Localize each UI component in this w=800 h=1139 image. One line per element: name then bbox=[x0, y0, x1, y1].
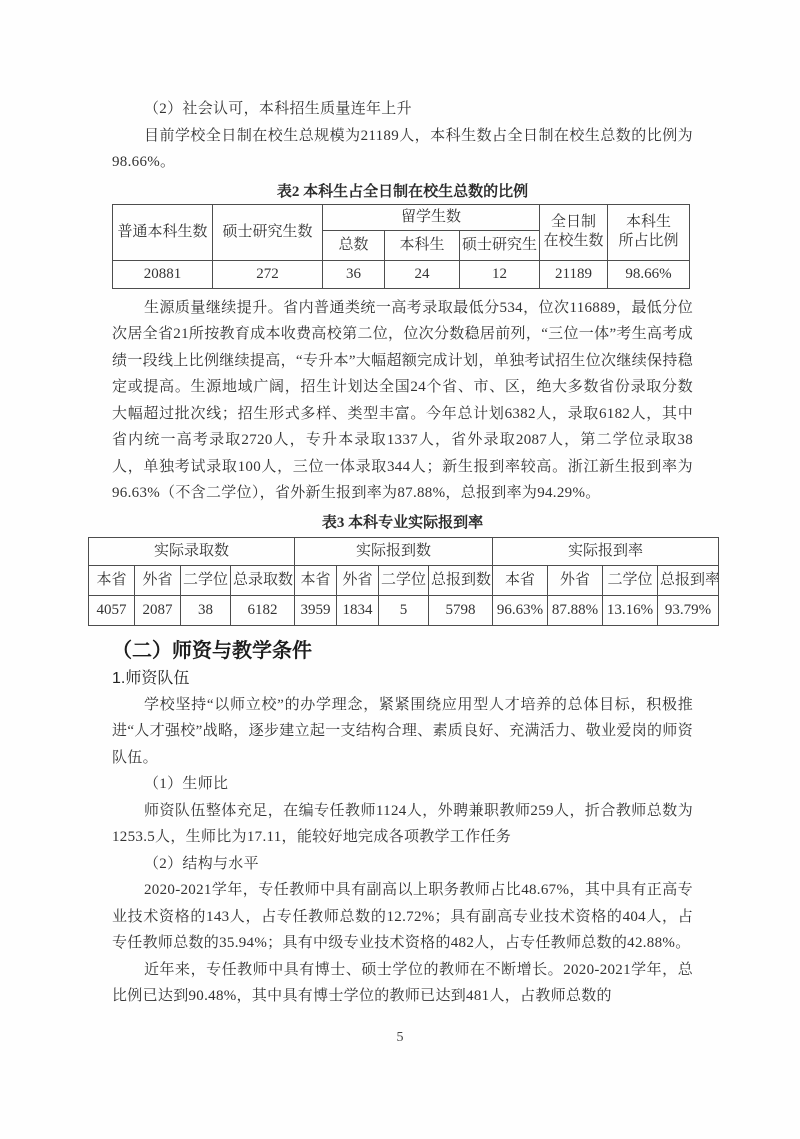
table2-header-intl-master: 硕士研究生 bbox=[460, 230, 540, 260]
table2-cell-regular-undergrad: 20881 bbox=[113, 260, 213, 288]
table3-subheader: 本省 bbox=[493, 565, 548, 595]
table3-subheader: 总报到数 bbox=[429, 565, 493, 595]
table3-subheader: 外省 bbox=[337, 565, 379, 595]
table3-cell: 3959 bbox=[295, 595, 337, 625]
table2-cell-intl-master: 12 bbox=[460, 260, 540, 288]
table3-cell: 96.63% bbox=[493, 595, 548, 625]
page-content: （2）社会认可，本科招生质量连年上升 目前学校全日制在校生总规模为21189人，… bbox=[112, 96, 693, 1010]
table2-header-ratio-line1: 本科生 bbox=[626, 214, 671, 230]
table3-actual-registration-rate: 实际录取数 实际报到数 实际报到率 本省 外省 二学位 总录取数 本省 外省 二… bbox=[88, 537, 719, 626]
para-ratio-heading: （1）生师比 bbox=[112, 771, 693, 798]
table3-group-rate: 实际报到率 bbox=[493, 537, 719, 565]
para-source-quality: 生源质量继续提升。省内普通类统一高考录取最低分534，位次116889，最低分位… bbox=[112, 295, 693, 507]
table3-cell: 38 bbox=[181, 595, 231, 625]
table2-header-intl-group: 留学生数 bbox=[323, 204, 540, 230]
para-structure-heading: （2）结构与水平 bbox=[112, 851, 693, 878]
table2-header-fulltime-line2: 在校生数 bbox=[543, 233, 603, 249]
table2-header-master-students: 硕士研究生数 bbox=[213, 204, 323, 260]
table2-fulltime-student-ratio: 普通本科生数 硕士研究生数 留学生数 全日制在校生数 本科生所占比例 总数 本科… bbox=[112, 204, 690, 289]
subsection-heading-faculty-team: 1.师资队伍 bbox=[112, 666, 693, 692]
table3-subheader: 本省 bbox=[89, 565, 135, 595]
table3-caption: 表3 本科专业实际报到率 bbox=[112, 511, 693, 535]
table2-header-ratio-line2: 所占比例 bbox=[618, 233, 678, 249]
table2-cell-undergrad-ratio: 98.66% bbox=[608, 260, 690, 288]
table3-cell: 87.88% bbox=[548, 595, 603, 625]
table3-cell: 93.79% bbox=[658, 595, 719, 625]
table3-cell: 1834 bbox=[337, 595, 379, 625]
table3-cell: 4057 bbox=[89, 595, 135, 625]
para-student-teacher-ratio: 师资队伍整体充足，在编专任教师1124人，外聘兼职教师259人，折合教师总数为1… bbox=[112, 798, 693, 851]
para-enrollment-scale: 目前学校全日制在校生总规模为21189人，本科生数占全日制在校生总数的比例为98… bbox=[112, 123, 693, 176]
table3-cell: 5798 bbox=[429, 595, 493, 625]
table2-header-intl-undergrad: 本科生 bbox=[385, 230, 460, 260]
table2-header-intl-total: 总数 bbox=[323, 230, 385, 260]
table3-cell: 6182 bbox=[231, 595, 295, 625]
table3-cell: 5 bbox=[379, 595, 429, 625]
table3-subheader: 本省 bbox=[295, 565, 337, 595]
table3-subheader-row: 本省 外省 二学位 总录取数 本省 外省 二学位 总报到数 本省 外省 二学位 … bbox=[89, 565, 719, 595]
table2-data-row: 20881 272 36 24 12 21189 98.66% bbox=[113, 260, 690, 288]
section-heading-faculty-conditions: （二）师资与教学条件 bbox=[112, 636, 693, 666]
table2-cell-fulltime-total: 21189 bbox=[540, 260, 608, 288]
table2-cell-master-students: 272 bbox=[213, 260, 323, 288]
table3-cell: 2087 bbox=[135, 595, 181, 625]
table3-data-row: 4057 2087 38 6182 3959 1834 5 5798 96.63… bbox=[89, 595, 719, 625]
para-degree-growth: 近年来，专任教师中具有博士、硕士学位的教师在不断增长。2020-2021学年，总… bbox=[112, 957, 693, 1010]
para-social-recognition-heading: （2）社会认可，本科招生质量连年上升 bbox=[112, 96, 693, 123]
table3-group-header-row: 实际录取数 实际报到数 实际报到率 bbox=[89, 537, 719, 565]
document-page: （2）社会认可，本科招生质量连年上升 目前学校全日制在校生总规模为21189人，… bbox=[0, 0, 800, 1139]
table2-cell-intl-total: 36 bbox=[323, 260, 385, 288]
table2-header-fulltime-line1: 全日制 bbox=[551, 214, 596, 230]
para-faculty-philosophy: 学校坚持“以师立校”的办学理念，紧紧围绕应用型人才培养的总体目标，积极推进“人才… bbox=[112, 692, 693, 772]
table3-subheader: 二学位 bbox=[379, 565, 429, 595]
table3-subheader: 总报到率 bbox=[658, 565, 719, 595]
table2-header-row-1: 普通本科生数 硕士研究生数 留学生数 全日制在校生数 本科生所占比例 bbox=[113, 204, 690, 230]
table2-header-fulltime-total: 全日制在校生数 bbox=[540, 204, 608, 260]
table3-group-registered: 实际报到数 bbox=[295, 537, 493, 565]
table3-subheader: 二学位 bbox=[181, 565, 231, 595]
table2-header-regular-undergrad: 普通本科生数 bbox=[113, 204, 213, 260]
table3-group-admitted: 实际录取数 bbox=[89, 537, 295, 565]
table2-caption: 表2 本科生占全日制在校生总数的比例 bbox=[112, 180, 693, 204]
table2-cell-intl-undergrad: 24 bbox=[385, 260, 460, 288]
table3-subheader: 二学位 bbox=[603, 565, 658, 595]
table2-header-undergrad-ratio: 本科生所占比例 bbox=[608, 204, 690, 260]
table3-subheader: 外省 bbox=[548, 565, 603, 595]
table3-subheader: 外省 bbox=[135, 565, 181, 595]
table3-subheader: 总录取数 bbox=[231, 565, 295, 595]
para-title-structure: 2020-2021学年，专任教师中具有副高以上职务教师占比48.67%，其中具有… bbox=[112, 877, 693, 957]
page-number: 5 bbox=[0, 1028, 800, 1048]
table3-cell: 13.16% bbox=[603, 595, 658, 625]
